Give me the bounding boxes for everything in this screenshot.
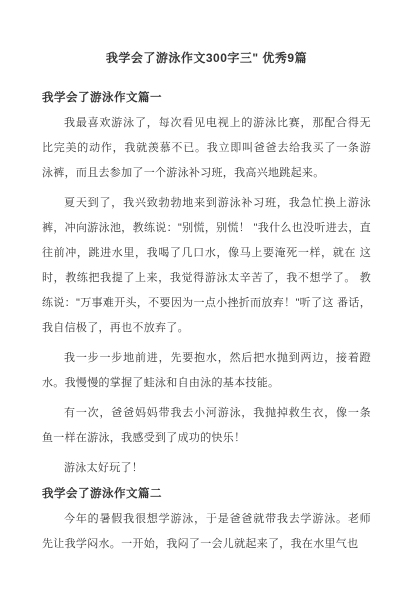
section-1-paragraph-4: 有一次，爸爸妈妈带我去小河游泳，我抛掉救生衣，像一条 鱼一样在游泳，我感受到了成… [42, 401, 371, 451]
section-1-paragraph-2: 夏天到了，我兴致勃勃地来到游泳补习班，我急忙换上游泳 裤，冲向游泳池，教练说："… [42, 191, 371, 341]
document-title: 我学会了游泳作文300字三" 优秀9篇 [42, 50, 371, 66]
document-page: 我学会了游泳作文300字三" 优秀9篇 我学会了游泳作文篇一 我最喜欢游泳了，每… [0, 0, 411, 600]
essay-section-2: 我学会了游泳作文篇二 今年的暑假我很想学游泳，于是爸爸就带我去学游泳。老师 先让… [42, 486, 371, 557]
section-2-paragraph-1: 今年的暑假我很想学游泳，于是爸爸就带我去学游泳。老师 先让我学闷水。一开始，我闷… [42, 507, 371, 557]
section-1-heading: 我学会了游泳作文篇一 [42, 90, 371, 106]
section-1-paragraph-3: 我一步一步地前进，先要抱水，然后把水抛到两边，接着蹬 水。我慢慢的掌握了蛙泳和自… [42, 346, 371, 396]
essay-section-1: 我学会了游泳作文篇一 我最喜欢游泳了，每次看见电视上的游泳比赛，那配合得无 比完… [42, 90, 371, 481]
section-1-paragraph-1: 我最喜欢游泳了，每次看见电视上的游泳比赛，那配合得无 比完美的动作，我就羡慕不已… [42, 111, 371, 186]
section-1-paragraph-5: 游泳太好玩了！ [42, 456, 371, 481]
section-2-heading: 我学会了游泳作文篇二 [42, 486, 371, 502]
